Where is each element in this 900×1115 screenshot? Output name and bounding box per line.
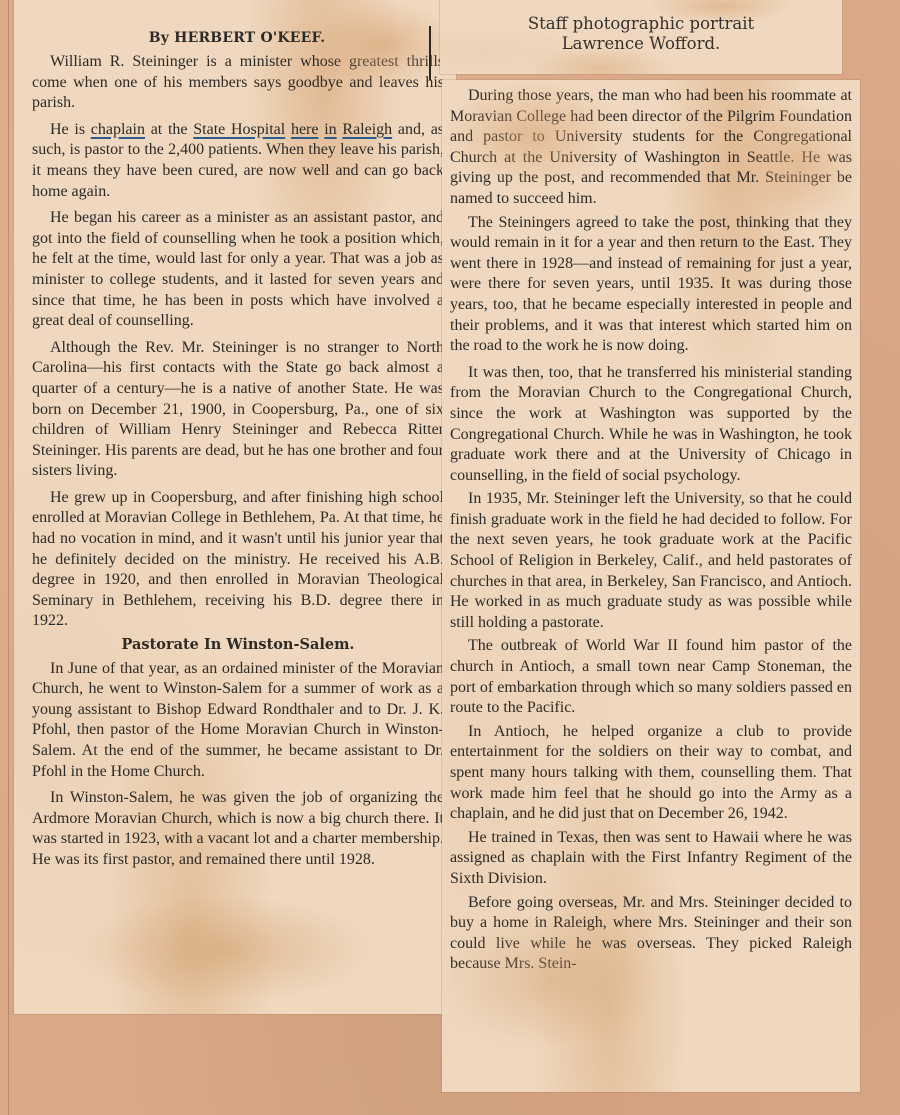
paragraph: He is chaplain at the State Hospital her…	[32, 120, 444, 202]
article-clipping-right: During those years, the man who had been…	[442, 80, 860, 1092]
paragraph: The outbreak of World War II found him p…	[450, 636, 852, 718]
paragraph: It was then, too, that he transferred hi…	[450, 363, 852, 487]
underlined-in: in	[324, 121, 336, 138]
paragraph: He trained in Texas, then was sent to Ha…	[450, 828, 852, 890]
scrapbook-page-edge	[8, 0, 9, 1115]
paragraph: Before going overseas, Mr. and Mrs. Stei…	[450, 893, 852, 975]
underlined-here: here	[291, 121, 319, 138]
paragraph: He grew up in Coopersburg, and after fin…	[32, 488, 444, 632]
underlined-raleigh: Raleigh	[342, 121, 392, 138]
water-stain	[74, 895, 374, 1005]
caption-line-2: Lawrence Wofford.	[440, 34, 842, 54]
article-column-right: During those years, the man who had been…	[442, 80, 860, 975]
pen-mark	[429, 26, 431, 80]
paragraph: In 1935, Mr. Steininger left the Univers…	[450, 489, 852, 633]
paragraph: William R. Steininger is a minister whos…	[32, 52, 444, 114]
photo-caption-clipping: Staff photographic portrait Lawrence Wof…	[440, 0, 842, 74]
byline: By HERBERT O'KEEF.	[18, 30, 456, 46]
underlined-chaplain: chaplain	[91, 121, 145, 138]
paragraph: He began his career as a minister as an …	[32, 208, 444, 332]
text-run: He is	[50, 121, 91, 138]
article-column-left: William R. Steininger is a minister whos…	[18, 52, 456, 871]
paragraph: In Antioch, he helped organize a club to…	[450, 722, 852, 825]
underlined-state-hospital: State Hospital	[193, 121, 285, 138]
caption-line-1: Staff photographic portrait	[440, 14, 842, 34]
paragraph: In June of that year, as an ordained min…	[32, 659, 444, 783]
paragraph: In Winston-Salem, he was given the job o…	[32, 788, 444, 870]
text-run: at the	[145, 121, 193, 138]
article-clipping-left: By HERBERT O'KEEF. William R. Steininger…	[14, 0, 456, 1014]
photo-caption: Staff photographic portrait Lawrence Wof…	[440, 14, 842, 54]
paragraph: Although the Rev. Mr. Steininger is no s…	[32, 338, 444, 482]
paragraph: During those years, the man who had been…	[450, 86, 852, 210]
section-subheading: Pastorate In Winston-Salem.	[32, 635, 444, 656]
paragraph: The Steiningers agreed to take the post,…	[450, 213, 852, 357]
